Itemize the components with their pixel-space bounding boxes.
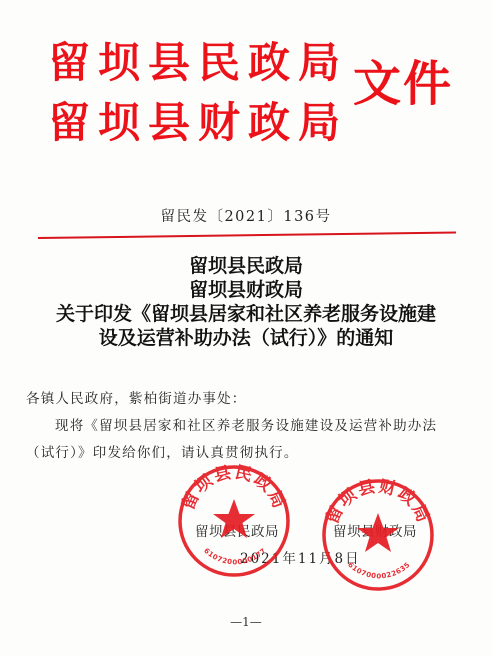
seal-1-code: 6107200000177 (202, 547, 268, 567)
page-number: —1— (0, 615, 492, 629)
header-doc-type: 文件 (353, 60, 453, 108)
civil-affairs-seal-icon: 留坝县民政局 6107200000177 (176, 463, 292, 579)
seal-2-code: 6107000022635 (346, 561, 412, 581)
header-issuer-2: 留坝县财政局 (48, 102, 348, 144)
title-line-1: 留坝县民政局 (0, 254, 492, 278)
document-number: 留民发〔2021〕136号 (0, 205, 492, 226)
paragraph-line-1: 现将《留坝县居家和社区养老服务设施建设及运营补助办法 (55, 414, 437, 434)
title-line-4: 设及运营补助办法（试行）》的通知 (0, 326, 492, 350)
title-line-3: 关于印发《留坝县居家和社区养老服务设施建 (0, 302, 492, 326)
header-issuer-1: 留坝县民政局 (48, 42, 348, 84)
svg-text:6107200000177: 6107200000177 (202, 547, 268, 567)
paragraph-line-2: （试行）》印发给你们，请认真贯彻执行。 (26, 441, 299, 461)
title-line-2: 留坝县财政局 (0, 278, 492, 302)
salutation: 各镇人民政府，紫柏街道办事处： (26, 387, 247, 407)
red-divider (38, 232, 456, 239)
finance-bureau-seal-icon: 留坝县财政局 6107000022635 (320, 477, 436, 593)
svg-text:6107000022635: 6107000022635 (346, 561, 412, 581)
